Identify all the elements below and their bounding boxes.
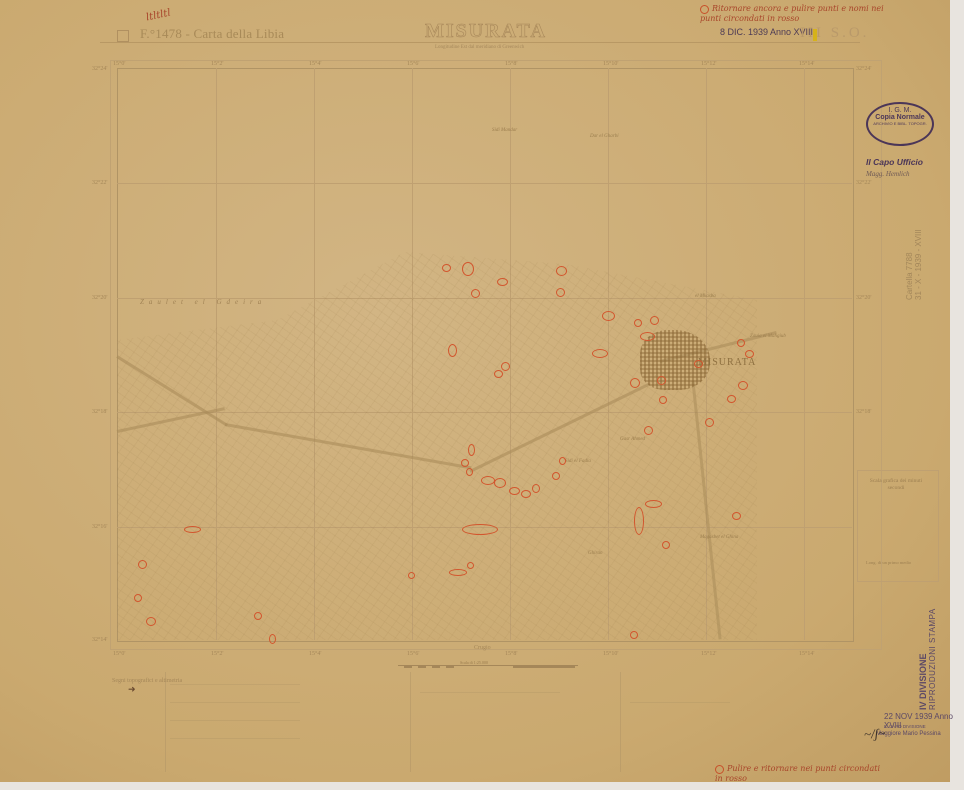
scale-segment [404, 666, 412, 668]
red-circle-annotation [694, 360, 703, 368]
place-label: Zauia el Mahgiub [750, 334, 786, 339]
red-circle-annotation [657, 376, 666, 385]
red-circle-annotation [134, 594, 142, 602]
grid-line [804, 68, 805, 640]
red-circle-annotation [462, 262, 474, 276]
lat-tick: 32°22' [856, 180, 871, 186]
legend-divider [410, 672, 411, 772]
lat-tick: 32°22' [92, 180, 107, 186]
red-circle-annotation [497, 278, 508, 286]
red-circle-annotation [442, 264, 451, 272]
place-label: Sidi Mandar [492, 128, 517, 133]
red-circle-annotation [494, 478, 506, 488]
lon-tick: 15°14' [799, 651, 814, 657]
legend-divider [620, 672, 621, 772]
igm-stamp-line3: ARCHIVIO E BIBL. TOPOGR. [868, 121, 932, 126]
lon-tick: 15°14' [799, 61, 814, 67]
division-line1: IV DIVISIONE [918, 653, 928, 710]
red-circle-annotation [471, 289, 480, 298]
lon-tick: 15°2' [211, 651, 223, 657]
place-label: Sidi el Fadla [565, 459, 591, 464]
cartella-label: Cartella 7788 31 - X - 1939 - XVIII [905, 210, 923, 300]
lat-tick: 32°24' [92, 66, 107, 72]
handwritten-note-bottom-text: Pulire e ritornare nei punti circondati … [715, 764, 880, 783]
capo-signature: Magg. Hemlich [866, 170, 910, 178]
place-label: Gasr Ahmed [620, 437, 645, 442]
red-circle-annotation [630, 631, 638, 639]
scale-segment [513, 666, 575, 668]
red-circle-annotation [634, 319, 642, 327]
red-circle-annotation [467, 562, 474, 569]
red-circle-annotation [640, 332, 655, 341]
red-circle-annotation [481, 476, 495, 485]
legend-line [170, 702, 300, 703]
red-circle-annotation [745, 350, 754, 358]
handwritten-note-top-text: Ritornare ancora e pulire punti e nomi n… [700, 4, 884, 23]
legend-line [420, 692, 560, 693]
longitude-subtitle: Longitudine Est dal meridiano di Greenwi… [435, 45, 524, 50]
lon-tick: 15°10' [603, 61, 618, 67]
red-circle-annotation [461, 459, 469, 467]
red-circle-annotation [269, 634, 276, 644]
lon-tick: 15°12' [701, 61, 716, 67]
red-circle-annotation [645, 500, 662, 508]
red-circle-annotation [644, 426, 653, 435]
red-circle-annotation [448, 344, 457, 357]
division-head-label: IL CAPO DIVISIONE [884, 724, 926, 729]
red-circle-annotation [630, 378, 640, 388]
red-circle-annotation [659, 396, 667, 404]
grid-line [117, 183, 852, 184]
lon-tick: 15°0' [113, 651, 125, 657]
scale-segment [432, 666, 440, 668]
lat-tick: 32°20' [856, 295, 871, 301]
town-label: MISURATA [698, 357, 756, 368]
capo-ufficio-stamp: Il Capo Ufficio [866, 157, 923, 167]
lon-tick: 15°2' [211, 61, 223, 67]
lat-tick: 32°16' [92, 524, 107, 530]
lon-tick: 15°0' [113, 61, 125, 67]
red-circle-annotation [662, 541, 670, 549]
igm-stamp-line1: I. G. M. [868, 107, 932, 114]
yellow-highlight-mark [813, 29, 817, 41]
red-circle-annotation [184, 526, 201, 533]
sheet-title: F.°1478 - Carta della Libia [140, 26, 284, 42]
legend-divider [165, 672, 166, 772]
bottom-center-label: Crugio [474, 645, 491, 651]
place-label: Dar el Gharbi [590, 134, 619, 139]
red-circle-annotation [737, 339, 745, 347]
red-circle-annotation [732, 512, 741, 520]
red-circle-annotation [602, 311, 615, 321]
legend-line [630, 702, 730, 703]
place-label: Magasbet el Ghina [700, 535, 738, 540]
scale-segment [418, 666, 426, 668]
red-circle-icon [700, 5, 709, 14]
red-circle-annotation [705, 418, 714, 427]
legend-line [170, 738, 300, 739]
lon-tick: 15°4' [309, 61, 321, 67]
red-circle-annotation [509, 487, 520, 495]
red-circle-annotation [738, 381, 748, 390]
division-head-name: Maggiore Mario Pessina [876, 731, 941, 737]
scale-segment [446, 666, 454, 668]
red-circle-annotation [634, 507, 644, 535]
lat-tick: 32°14' [92, 637, 107, 643]
lat-tick: 32°24' [856, 66, 871, 72]
footer-legend-heading: Segni topografici e altimetria [112, 678, 182, 684]
red-circle-annotation [650, 316, 659, 325]
lon-tick: 15°12' [701, 651, 716, 657]
scan-edge-bottom [0, 782, 964, 790]
map-name-title: MISURATA [425, 20, 547, 43]
red-circle-annotation [552, 472, 560, 480]
red-circle-annotation [138, 560, 147, 569]
red-circle-annotation [556, 288, 565, 297]
red-circle-annotation [501, 362, 510, 371]
red-circle-annotation [559, 457, 566, 465]
handwritten-note-bottom: Pulire e ritornare nei punti circondati … [715, 764, 885, 783]
igm-copy-stamp: I. G. M. Copia Normale ARCHIVIO E BIBL. … [866, 102, 934, 146]
lat-tick: 32°18' [856, 409, 871, 415]
red-circle-annotation [468, 444, 475, 456]
red-circle-annotation [462, 524, 498, 535]
igm-stamp-line2: Copia Normale [868, 114, 932, 121]
legend-line [170, 684, 300, 685]
place-label: Ghiran [588, 551, 602, 556]
red-circle-annotation [727, 395, 736, 403]
cartella-number: Cartella 7788 [905, 252, 914, 300]
lon-tick: 15°8' [505, 61, 517, 67]
red-circle-annotation [521, 490, 531, 498]
place-label: el Mkasba [695, 294, 716, 299]
red-circle-annotation [449, 569, 467, 576]
red-circle-annotation [146, 617, 156, 626]
scan-edge-right [950, 0, 964, 790]
lon-tick: 15°10' [603, 651, 618, 657]
lat-tick: 32°20' [92, 295, 107, 301]
header-rule [100, 42, 860, 43]
handwritten-note-top: Ritornare ancora e pulire punti e nomi n… [700, 4, 900, 23]
sheet-index-grid-icon [117, 30, 129, 42]
cartella-date: 31 - X - 1939 - XVIII [914, 229, 923, 300]
red-circle-icon [715, 765, 724, 774]
division-line2: RIPRODUZIONI STAMPA [928, 608, 937, 710]
red-circle-annotation [254, 612, 262, 620]
red-circle-annotation [466, 468, 473, 476]
legend-line [170, 720, 300, 721]
red-circle-annotation [556, 266, 567, 276]
red-circle-annotation [408, 572, 415, 579]
red-circle-annotation [532, 484, 540, 493]
lat-tick: 32°18' [92, 409, 107, 415]
sheet-code: III S.O. [800, 25, 869, 42]
region-label: Zaulet el Gdeira [140, 298, 266, 306]
graphic-scale-title: Scala grafica dei minuti secondi [866, 478, 926, 492]
lon-tick: 15°6' [407, 61, 419, 67]
lon-tick: 15°8' [505, 651, 517, 657]
lon-tick: 15°4' [309, 651, 321, 657]
division-stamp: IV DIVISIONE RIPRODUZIONI STAMPA [918, 590, 948, 710]
graphic-scale-note: Long. di un primo medio [866, 560, 911, 565]
scale-bar [398, 665, 578, 669]
red-circle-annotation [494, 370, 503, 378]
lon-tick: 15°6' [407, 651, 419, 657]
red-circle-annotation [592, 349, 608, 358]
arrow-icon: ➜ [128, 684, 136, 695]
